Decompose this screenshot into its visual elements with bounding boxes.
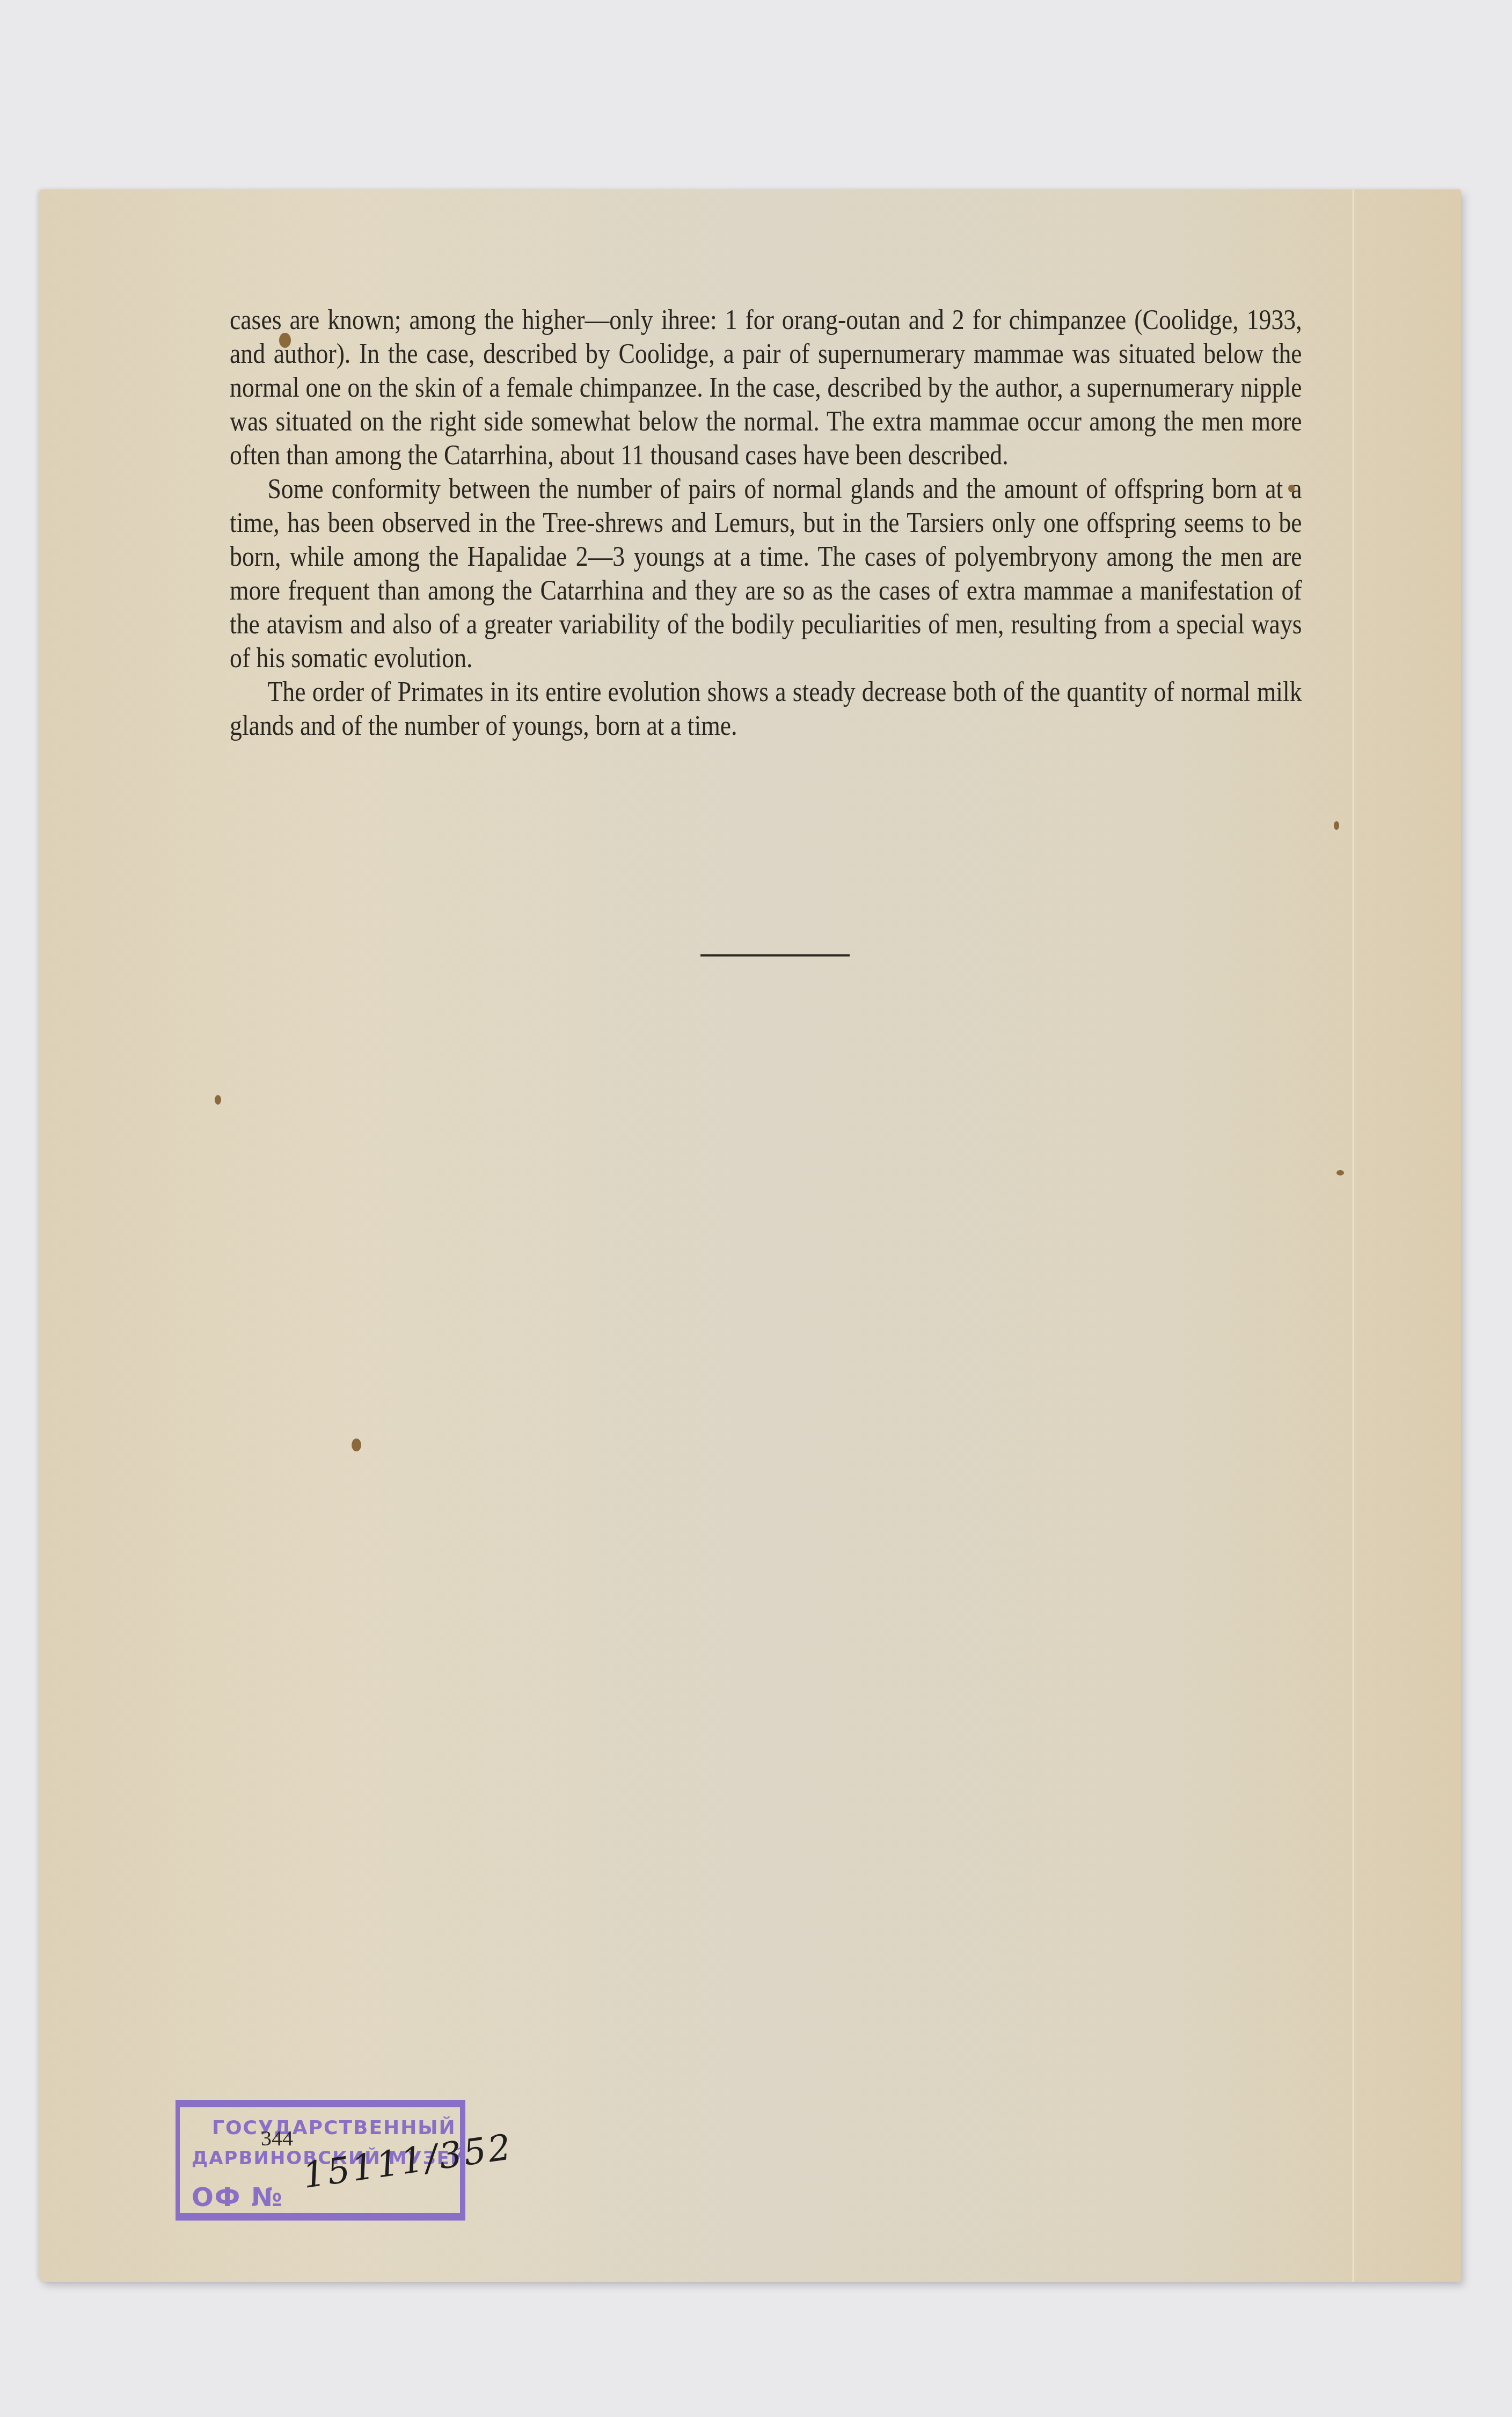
body-text: cases are known; among the higher—only i…: [230, 303, 1302, 743]
stain-speck: [215, 1095, 221, 1105]
stain-speck: [352, 1438, 361, 1451]
paragraph-3: The order of Primates in its entire evol…: [230, 675, 1302, 743]
paper-fold-line: [1353, 189, 1354, 2282]
stamp-line-3: ОФ №: [192, 2182, 283, 2212]
end-rule-divider: [700, 954, 850, 956]
stain-speck: [1334, 821, 1339, 830]
stain-speck: [1288, 485, 1295, 492]
stain-speck: [279, 333, 291, 348]
stamp-line-1: ГОСУДАРСТВЕННЫЙ: [212, 2117, 456, 2139]
paragraph-1: cases are known; among the higher—only i…: [230, 303, 1302, 472]
paragraph-2: Some conformity between the number of pa…: [230, 472, 1302, 675]
page-number: 344: [261, 2126, 293, 2151]
stain-speck: [1336, 1170, 1344, 1175]
